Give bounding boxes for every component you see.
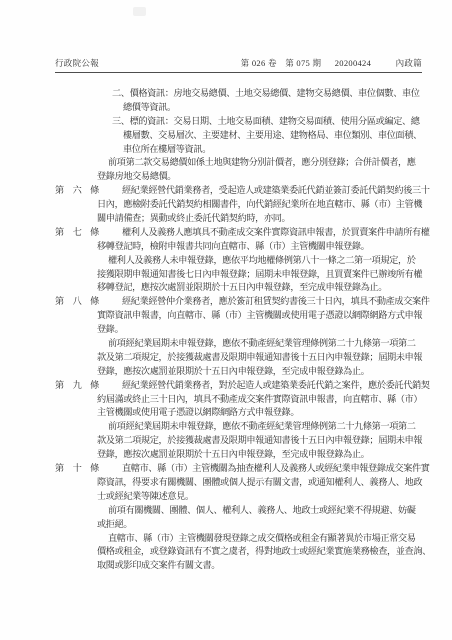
- scan-smudge: [133, 7, 146, 16]
- line-text: 款及第二項規定，於接獲裁處書及限期申報通知書後十五日內申報登錄；屆期未申報: [97, 435, 422, 445]
- document-line: 直轄市、縣（市）主管機關發現登錄之成交價格或租金有顯著異於市場正常交易: [108, 532, 435, 546]
- line-text: 直轄市、縣（市）主管機關發現登錄之成交價格或租金有顯著異於市場正常交易: [108, 533, 416, 543]
- line-text: 約屆滿或終止三十日內，填具不動產成交案件實際資訊申報書，向直轄市、縣（市）: [97, 394, 422, 404]
- document-line: 第 十 條直轄市、縣（市）主管機關為抽查權利人及義務人或經紀業申報登錄成交案件實: [55, 462, 435, 476]
- document-line: 款及第二項規定，於接獲裁處書及限期申報通知書後十五日內申報登錄；屆期未申報: [97, 351, 435, 365]
- line-text: 關申請備查；異動或終止委託代銷契約時，亦同。: [97, 213, 290, 223]
- section-name: 內政篇: [396, 57, 422, 69]
- line-text: 前項有關機關、團體、個人、權利人、義務人、地政士或經紀業不得規避、妨礙: [108, 505, 416, 515]
- document-line: 登錄，應按次處罰並限期於十五日內申報登錄，至完成申報登錄為止。: [97, 365, 435, 379]
- document-line: 前項有關機關、團體、個人、權利人、義務人、地政士或經紀業不得規避、妨礙: [108, 504, 435, 518]
- line-text: 權利人及義務人應填具不動產成交案件實際資訊申報書，於買賣案件申請所有權: [122, 227, 430, 237]
- document-line: 移轉登記，應按次處罰並限期於十五日內申報登錄，至完成申報登錄為止。: [97, 281, 435, 295]
- line-text: 直轄市、縣（市）主管機關為抽查權利人及義務人或經紀業申報登錄成交案件實: [122, 463, 430, 473]
- document-line: 關申請備查；異動或終止委託代銷契約時，亦同。: [97, 212, 435, 226]
- document-line: 登錄。: [97, 323, 435, 337]
- line-text: 日內，應檢附委託代銷契約相關書件，向代銷經紀業所在地直轄市、縣（市）主管機: [97, 199, 422, 209]
- document-line: 登錄房地交易總價。: [97, 170, 435, 184]
- line-text: 車位所在樓層等資訊。: [123, 144, 211, 154]
- line-text: 樓層數、交易層次、主要建材、主要用途、建物格局、車位類別、車位面積、: [123, 130, 422, 140]
- document-line: 樓層數、交易層次、主要建材、主要用途、建物格局、車位類別、車位面積、: [123, 129, 435, 143]
- document-line: 第 八 條經紀業經營仲介業務者，應於簽訂租賃契約書後三十日內，填具不動產成交案件: [55, 295, 435, 309]
- volume-number: 第 026 卷: [241, 57, 277, 69]
- document-line: 前項經紀業屆期未申報登錄，應依不動產經紀業管理條例第二十九條第一項第二: [108, 337, 435, 351]
- document-line: 約屆滿或終止三十日內，填具不動產成交案件實際資訊申報書，向直轄市、縣（市）: [97, 393, 435, 407]
- line-text: 際資訊，得要求有關機關、團體或個人提示有關文書，或通知權利人、義務人、地政: [97, 477, 422, 487]
- document-line: 款及第二項規定，於接獲裁處書及限期申報通知書後十五日內申報登錄；屆期未申報: [97, 434, 435, 448]
- document-line: 車位所在樓層等資訊。: [123, 143, 435, 157]
- line-text: 移轉登記時，檢附申報書共同向直轄市、縣（市）主管機關申報登錄。: [97, 241, 369, 251]
- document-line: 總價等資訊。: [123, 101, 435, 115]
- document-line: 三、標的資訊：交易日期、土地交易面積、建物交易面積、使用分區或編定、總: [112, 115, 435, 129]
- publication-title: 行政院公報: [55, 57, 99, 69]
- article-number: 第 六 條: [55, 184, 122, 198]
- issue-date: 20200424: [335, 58, 371, 68]
- line-text: 實際資訊申報書，向直轄市、縣（市）主管機關或使用電子憑證以網際網路方式申報: [97, 310, 422, 320]
- line-text: 登錄。: [97, 324, 123, 334]
- line-text: 前項經紀業屆期未申報登錄，應依不動產經紀業管理條例第二十九條第一項第二: [108, 338, 416, 348]
- document-line: 前項第二款交易總價如係土地與建物分別計價者，應分別登錄；合併計價者，應: [108, 156, 435, 170]
- document-body: 二、價格資訊：房地交易總價、土地交易總價、建物交易總價、車位個數、車位總價等資訊…: [55, 87, 435, 573]
- line-text: 前項經紀業屆期未申報登錄，應依不動產經紀業管理條例第二十九條第一項第二: [108, 421, 416, 431]
- line-text: 價格或租金，或登錄資訊有不實之虞者，得對地政士或經紀業實施業務檢查，並查詢、: [97, 546, 431, 556]
- issue-number: 第 075 期: [285, 57, 321, 69]
- line-text: 接獲限期申報通知書後七日內申報登錄；屆期未申報登錄，且買賣案件已辦竣所有權: [97, 269, 422, 279]
- article-number: 第 九 條: [55, 379, 122, 393]
- page-header: 行政院公報 第 026 卷 第 075 期 20200424 內政篇: [55, 57, 422, 73]
- document-line: 移轉登記時，檢附申報書共同向直轄市、縣（市）主管機關申報登錄。: [97, 240, 435, 254]
- line-text: 登錄房地交易總價。: [97, 171, 176, 181]
- document-line: 或拒絕。: [97, 518, 435, 532]
- document-line: 二、價格資訊：房地交易總價、土地交易總價、建物交易總價、車位個數、車位: [112, 87, 435, 101]
- document-line: 第 六 條經紀業經營代銷業務者，受起造人或建築業委託代銷並簽訂委託代銷契約後三十: [55, 184, 435, 198]
- line-text: 登錄，應按次處罰並限期於十五日內申報登錄，至完成申報登錄為止。: [97, 366, 369, 376]
- line-text: 士或經紀業等陳述意見。: [97, 491, 194, 501]
- document-line: 際資訊，得要求有關機關、團體或個人提示有關文書，或通知權利人、義務人、地政: [97, 476, 435, 490]
- header-issue-info: 第 026 卷 第 075 期 20200424 內政篇: [241, 57, 422, 69]
- gazette-page: 行政院公報 第 026 卷 第 075 期 20200424 內政篇 二、價格資…: [0, 0, 452, 640]
- line-text: 主管機關或使用電子憑證以網際網路方式申報登錄。: [97, 407, 299, 417]
- document-line: 取閱或影印成交案件有關文書。: [97, 559, 435, 573]
- document-line: 實際資訊申報書，向直轄市、縣（市）主管機關或使用電子憑證以網際網路方式申報: [97, 309, 435, 323]
- article-number: 第 七 條: [55, 226, 122, 240]
- line-text: 三、標的資訊：交易日期、土地交易面積、建物交易面積、使用分區或編定、總: [112, 116, 420, 126]
- document-line: 主管機關或使用電子憑證以網際網路方式申報登錄。: [97, 406, 435, 420]
- line-text: 經紀業經營仲介業務者，應於簽訂租賃契約書後三十日內，填具不動產成交案件: [122, 296, 430, 306]
- document-line: 前項經紀業屆期未申報登錄，應依不動產經紀業管理條例第二十九條第一項第二: [108, 420, 435, 434]
- line-text: 或拒絕。: [97, 519, 132, 529]
- document-line: 權利人及義務人未申報登錄，應依平均地權條例第八十一條之二第一項規定，於: [108, 254, 435, 268]
- line-text: 權利人及義務人未申報登錄，應依平均地權條例第八十一條之二第一項規定，於: [108, 255, 416, 265]
- line-text: 二、價格資訊：房地交易總價、土地交易總價、建物交易總價、車位個數、車位: [112, 88, 420, 98]
- document-line: 第 九 條經紀業經營代銷業務者，對於起造人或建築業委託代銷之案件，應於委託代銷契: [55, 379, 435, 393]
- line-text: 移轉登記，應按次處罰並限期於十五日內申報登錄，至完成申報登錄為止。: [97, 282, 387, 292]
- document-line: 日內，應檢附委託代銷契約相關書件，向代銷經紀業所在地直轄市、縣（市）主管機: [97, 198, 435, 212]
- line-text: 經紀業經營代銷業務者，受起造人或建築業委託代銷並簽訂委託代銷契約後三十: [122, 185, 430, 195]
- line-text: 款及第二項規定，於接獲裁處書及限期申報通知書後十五日內申報登錄；屆期未申報: [97, 352, 422, 362]
- line-text: 登錄，應按次處罰並限期於十五日內申報登錄，至完成申報登錄為止。: [97, 449, 369, 459]
- document-line: 登錄，應按次處罰並限期於十五日內申報登錄，至完成申報登錄為止。: [97, 448, 435, 462]
- line-text: 前項第二款交易總價如係土地與建物分別計價者，應分別登錄；合併計價者，應: [108, 157, 416, 167]
- document-line: 價格或租金，或登錄資訊有不實之虞者，得對地政士或經紀業實施業務檢查，並查詢、: [97, 545, 435, 559]
- article-number: 第 十 條: [55, 462, 122, 476]
- line-text: 總價等資訊。: [123, 102, 176, 112]
- line-text: 取閱或影印成交案件有關文書。: [97, 560, 220, 570]
- document-line: 第 七 條權利人及義務人應填具不動產成交案件實際資訊申報書，於買賣案件申請所有權: [55, 226, 435, 240]
- article-number: 第 八 條: [55, 295, 122, 309]
- document-line: 士或經紀業等陳述意見。: [97, 490, 435, 504]
- document-line: 接獲限期申報通知書後七日內申報登錄；屆期未申報登錄，且買賣案件已辦竣所有權: [97, 268, 435, 282]
- line-text: 經紀業經營代銷業務者，對於起造人或建築業委託代銷之案件，應於委託代銷契: [122, 380, 430, 390]
